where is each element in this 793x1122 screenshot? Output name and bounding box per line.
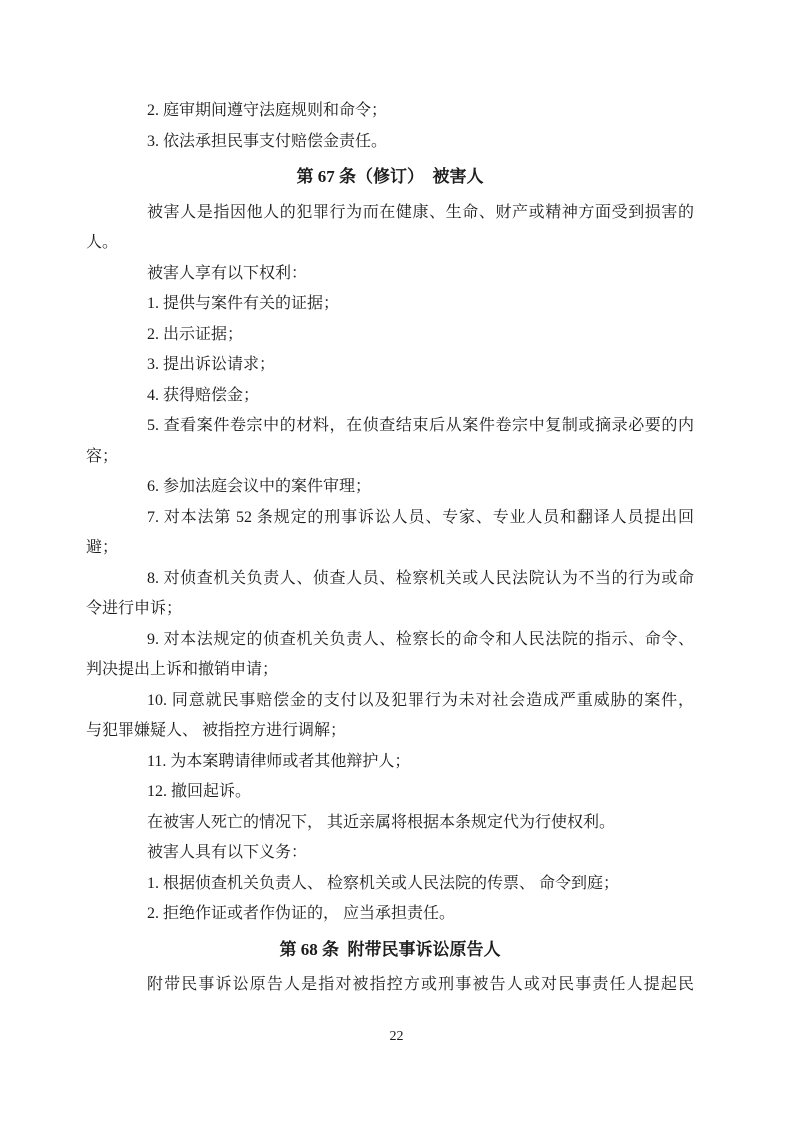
text-line: 9. 对本法规定的侦查机关负责人、检察长的命令和人民法院的指示、命令、 [86, 625, 694, 656]
text-line: 附带民事诉讼原告人是指对被指控方或刑事被告人或对民事责任人提起民 [86, 970, 694, 1001]
article-heading: 第 68 条 附带民事诉讼原告人 [86, 935, 694, 966]
text-line: 5. 查看案件卷宗中的材料，在侦查结束后从案件卷宗中复制或摘录必要的内 [86, 411, 694, 442]
text-line: 10. 同意就民事赔偿金的支付以及犯罪行为未对社会造成严重威胁的案件， [86, 686, 694, 717]
document-page: 2. 庭审期间遵守法庭规则和命令；3. 依法承担民事支付赔偿金责任。第 67 条… [0, 0, 793, 1122]
text-line: 判决提出上诉和撤销申请； [86, 655, 694, 686]
text-line: 3. 依法承担民事支付赔偿金责任。 [86, 127, 694, 158]
page-body-text: 2. 庭审期间遵守法庭规则和命令；3. 依法承担民事支付赔偿金责任。第 67 条… [86, 96, 694, 1001]
text-line: 2. 拒绝作证或者作伪证的， 应当承担责任。 [86, 899, 694, 930]
text-line: 8. 对侦查机关负责人、侦查人员、检察机关或人民法院认为不当的行为或命 [86, 564, 694, 595]
text-line: 2. 庭审期间遵守法庭规则和命令； [86, 96, 694, 127]
article-heading: 第 67 条（修订） 被害人 [86, 162, 694, 193]
text-line: 1. 根据侦查机关负责人、 检察机关或人民法院的传票、 命令到庭； [86, 869, 694, 900]
text-line: 在被害人死亡的情况下， 其近亲属将根据本条规定代为行使权利。 [86, 808, 694, 839]
text-line: 避； [86, 533, 694, 564]
text-line: 3. 提出诉讼请求； [86, 350, 694, 381]
text-line: 被害人享有以下权利： [86, 259, 694, 290]
page-number: 22 [0, 1029, 793, 1045]
text-line: 7. 对本法第 52 条规定的刑事诉讼人员、专家、专业人员和翻译人员提出回 [86, 503, 694, 534]
text-line: 6. 参加法庭会议中的案件审理； [86, 472, 694, 503]
text-line: 被害人具有以下义务： [86, 838, 694, 869]
text-line: 令进行申诉； [86, 594, 694, 625]
text-line: 4. 获得赔偿金； [86, 381, 694, 412]
text-line: 11. 为本案聘请律师或者其他辩护人； [86, 747, 694, 778]
text-line: 1. 提供与案件有关的证据； [86, 289, 694, 320]
text-line: 被害人是指因他人的犯罪行为而在健康、生命、财产或精神方面受到损害的 [86, 198, 694, 229]
text-line: 容； [86, 442, 694, 473]
text-line: 人。 [86, 228, 694, 259]
text-line: 2. 出示证据； [86, 320, 694, 351]
text-line: 与犯罪嫌疑人、 被指控方进行调解； [86, 716, 694, 747]
text-line: 12. 撤回起诉。 [86, 777, 694, 808]
